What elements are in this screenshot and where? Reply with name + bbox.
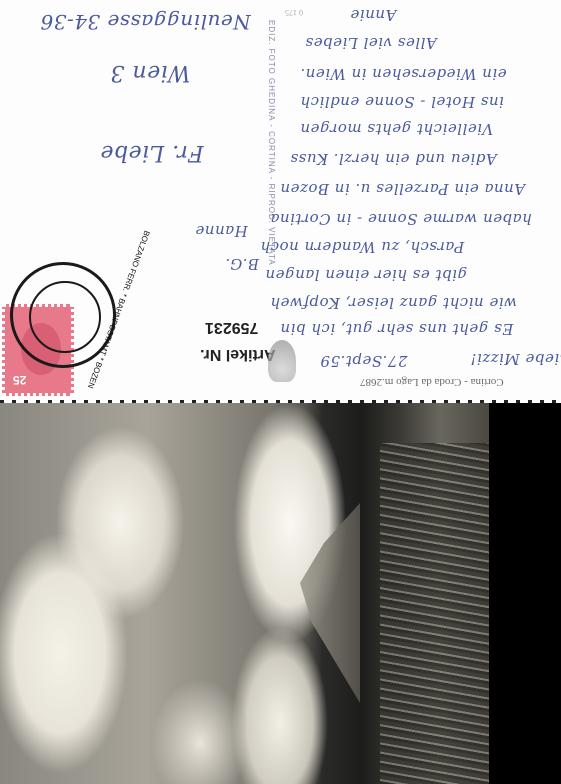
photo-caption: Cortina - Croda da Lago m.2687 <box>360 376 504 388</box>
message-greeting: Liebe Mizzi! <box>470 350 561 368</box>
message-line: Parsch, zu Wandern noch <box>260 238 464 256</box>
publisher-line: EDIZ. FOTO GHEDINA - CORTINA - RIPROD. V… <box>267 20 276 266</box>
article-number: 759231 <box>205 318 258 336</box>
message-line: ins Hotel - Sonne endlich <box>300 93 504 111</box>
message-line: ein Wiedersehen in Wien. <box>300 65 507 83</box>
message-line: Anna ein Parzelles u. in Bozen <box>280 180 525 198</box>
address-street: Neulinggasse 34-36 <box>40 10 251 34</box>
postcard-back: Neulinggasse 34-36 Wien 3 Fr. Liebe Anni… <box>0 0 561 402</box>
card-code: 0 175 <box>285 8 303 17</box>
message-line: Adieu und ein herzl. Kuss <box>290 150 497 168</box>
address-name: Fr. Liebe <box>100 140 204 165</box>
postmark-icon: BOLZANO FERR. * BAHNPOSTAMT * BOZEN <box>10 262 116 368</box>
message-line: Es geht uns sehr gut, ich bin <box>280 320 513 338</box>
publisher-logo-icon <box>268 340 296 382</box>
forest <box>380 443 489 784</box>
address-city: Wien 3 <box>110 60 190 85</box>
message-date: 27.Sept.59 <box>320 352 408 370</box>
message-line: gibt es hier einen langen <box>265 266 467 284</box>
stamp-value: 25 <box>13 373 26 387</box>
message-line: haben warme Sonne - in Cortina <box>270 210 532 228</box>
message-line: wie nicht ganz leiser, Kopfweh <box>270 294 517 312</box>
message-side-note-2: Hanne <box>195 222 248 240</box>
mountain-peak <box>300 503 360 703</box>
mountain-photo <box>0 403 489 784</box>
message-signature: Annie <box>350 6 396 24</box>
article-label: Artikel Nr. <box>200 345 276 363</box>
scan-background <box>489 403 561 784</box>
message-line: Alles viel Liebes <box>305 34 437 52</box>
message-side-note: B.G. <box>225 255 259 273</box>
message-line: Vielleicht gehts morgen <box>300 120 493 138</box>
